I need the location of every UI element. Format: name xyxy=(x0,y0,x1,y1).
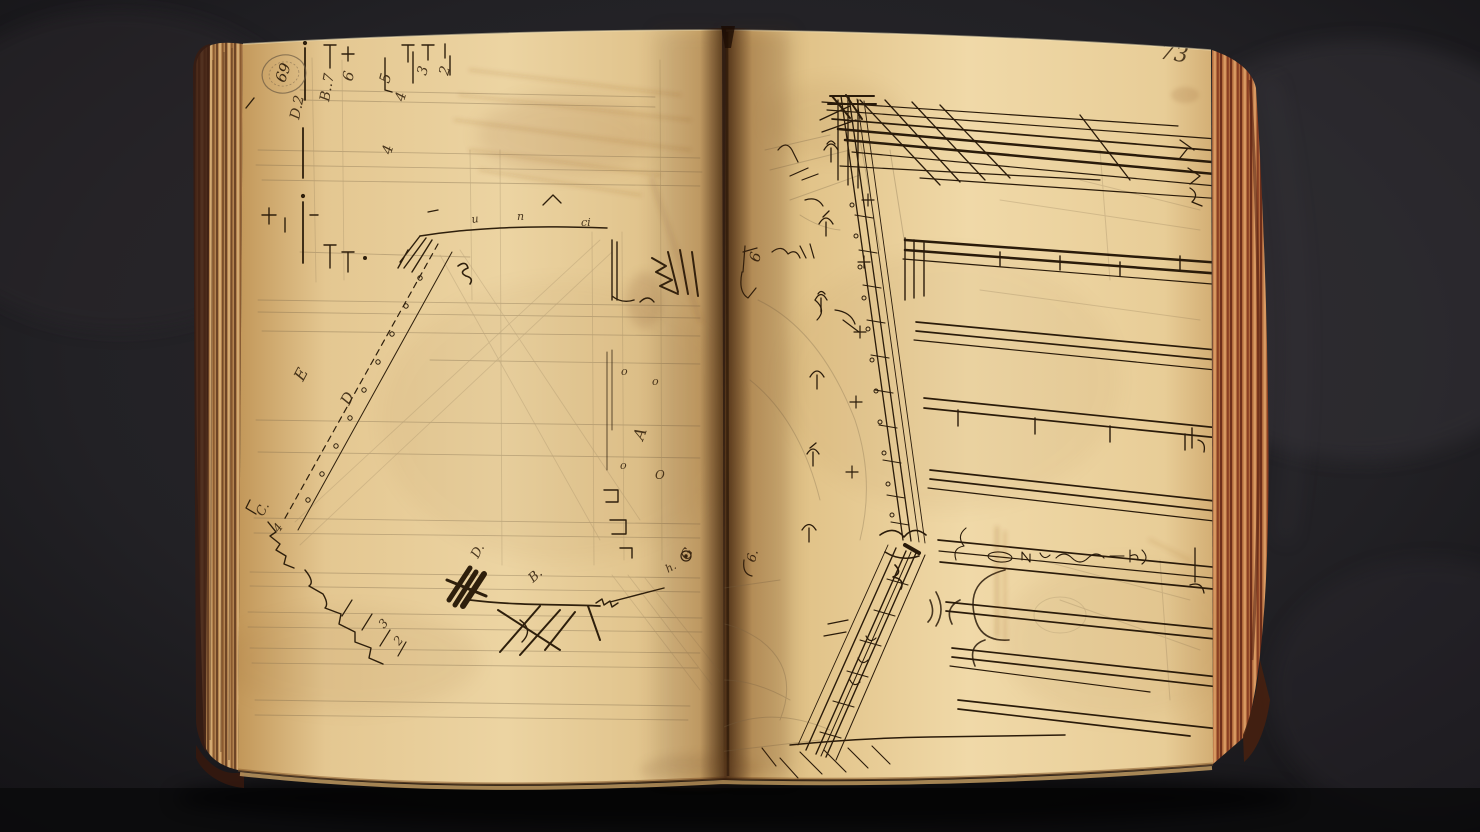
photo-canvas: D.2 B..7 6 5 4 4 3 2 E D C. 4 3 2 D. B. … xyxy=(0,0,1480,832)
plan-label: o xyxy=(620,459,627,472)
gutter-shading xyxy=(655,30,792,778)
plan-label: n xyxy=(517,210,524,223)
plan-label: ci xyxy=(581,216,591,229)
sketchbook-photo: D.2 B..7 6 5 4 4 3 2 E D C. 4 3 2 D. B. … xyxy=(0,0,1480,832)
plan-label: o xyxy=(621,365,628,378)
